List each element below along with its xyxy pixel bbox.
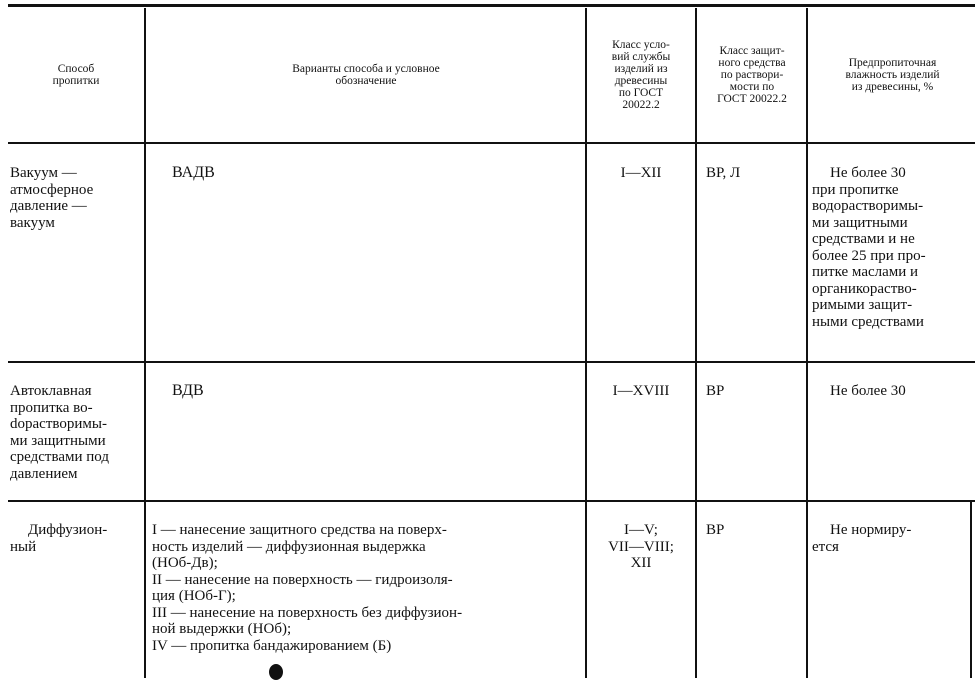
row-3-moisture: Не нормиру- ется <box>812 522 970 555</box>
row-1-moisture: Не более 30 при пропитке водорастворимы-… <box>812 165 975 330</box>
ink-blot <box>269 664 283 680</box>
row-1-solubility-class: ВР, Л <box>706 165 804 182</box>
row-2-moisture: Не более 30 <box>830 383 970 400</box>
header-variants: Варианты способа и условное обозначение <box>148 10 584 140</box>
header-solubility-class: Класс защит- ного средства по раствори- … <box>698 10 806 140</box>
row-2-solubility-class: ВР <box>706 383 804 400</box>
row-3-solubility-class: ВР <box>706 522 804 539</box>
column-divider-2 <box>585 8 587 678</box>
column-divider-5 <box>970 500 972 678</box>
row-2-variants: ВДВ <box>172 383 572 400</box>
row-3-variants: I — нанесение защитного средства на пове… <box>152 522 582 654</box>
header-method: Способ пропитки <box>10 10 142 140</box>
row-1-service-class: I—XII <box>588 165 694 182</box>
row-2-bottom-border <box>8 500 975 502</box>
header-moisture: Предпропиточная влажность изделий из дре… <box>810 10 975 140</box>
column-divider-3 <box>695 8 697 678</box>
row-2-service-class: I—XVIII <box>588 383 694 400</box>
column-divider-4 <box>806 8 808 678</box>
header-service-class: Класс усло- вий службы изделий из древес… <box>588 10 694 140</box>
column-divider-1 <box>144 8 146 678</box>
row-1-variants: ВАДВ <box>172 165 572 182</box>
header-bottom-border <box>8 142 975 144</box>
row-3-method: Диффузион- ный <box>10 522 142 555</box>
table-top-border <box>8 4 975 7</box>
row-3-service-class: I—V; VII—VIII; XII <box>588 522 694 572</box>
row-1-bottom-border <box>8 361 975 363</box>
row-2-method: Автоклавная пропитка во- dорастворимы- м… <box>10 383 144 482</box>
row-1-method: Вакуум — атмосферное давление — вакуум <box>10 165 142 231</box>
